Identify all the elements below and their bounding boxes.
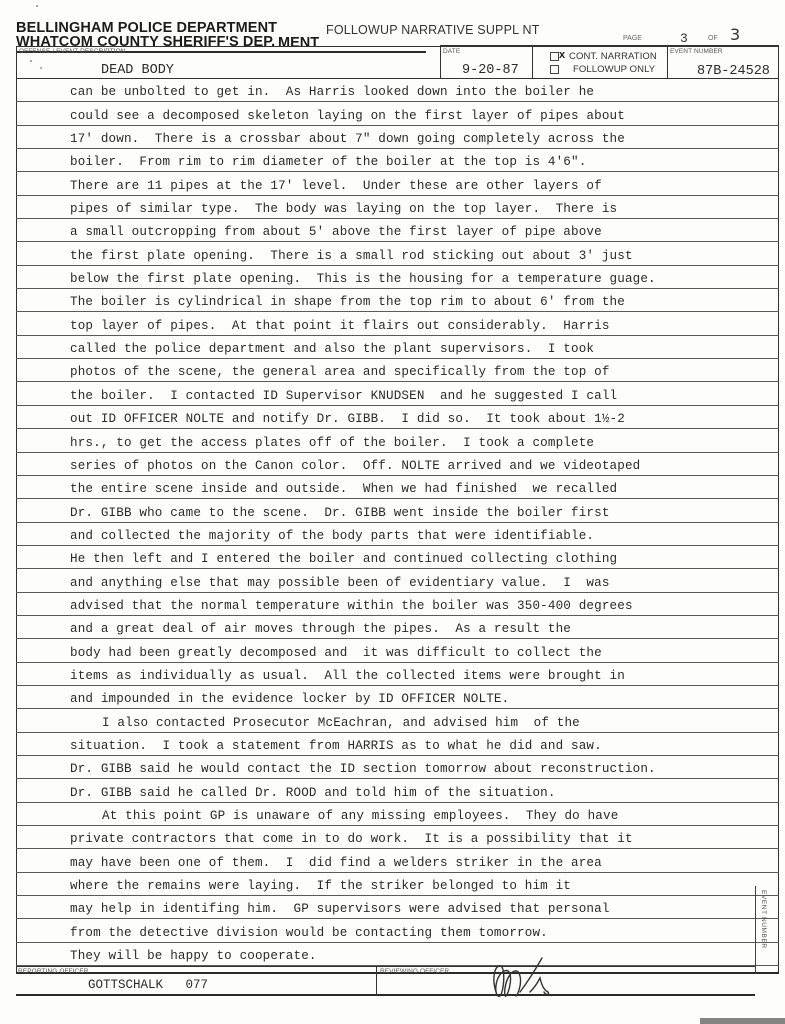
- event-number-label: EVENT NUMBER: [670, 48, 723, 55]
- narrative-line-text: where the remains were laying. If the st…: [70, 879, 571, 893]
- narrative-line-text: They will be happy to cooperate.: [70, 949, 317, 963]
- narrative-line-text: items as individually as usual. All the …: [70, 669, 625, 683]
- signature-icon: [490, 952, 560, 1000]
- of-label: OF: [708, 35, 718, 42]
- divider: [376, 966, 377, 996]
- narrative-line-text: called the police department and also th…: [70, 342, 594, 356]
- narrative-line-text: The boiler is cylindrical in shape from …: [70, 295, 625, 309]
- narrative-line-text: a small outcropping from about 5' above …: [70, 225, 602, 239]
- page-number: 3: [680, 31, 688, 46]
- narrative-line-text: can be unbolted to get in. As Harris loo…: [70, 85, 594, 99]
- narrative-line-text: situation. I took a statement from HARRI…: [70, 739, 602, 753]
- narrative-line-text: Dr. GIBB said he would contact the ID se…: [70, 762, 656, 776]
- divider: [667, 46, 668, 79]
- narrative-line-text: He then left and I entered the boiler an…: [70, 552, 617, 566]
- narrative-line: and a great deal of air moves through th…: [16, 616, 779, 639]
- narrative-line: a small outcropping from about 5' above …: [16, 219, 779, 242]
- narrative-body: can be unbolted to get in. As Harris loo…: [16, 79, 779, 966]
- narrative-line-text: I also contacted Prosecutor McEachran, a…: [102, 716, 580, 730]
- event-number-value: 87B-24528: [697, 64, 770, 79]
- narrative-line: They will be happy to cooperate.: [16, 943, 779, 966]
- narrative-line-text: top layer of pipes. At that point it fla…: [70, 319, 610, 333]
- narrative-line-text: and collected the majority of the body p…: [70, 529, 594, 543]
- divider: [440, 46, 441, 79]
- narrative-line: There are 11 pipes at the 17' level. Und…: [16, 172, 779, 195]
- narrative-line: Dr. GIBB who came to the scene. Dr. GIBB…: [16, 499, 779, 522]
- narrative-line-text: out ID OFFICER NOLTE and notify Dr. GIBB…: [70, 412, 625, 426]
- narrative-line: He then left and I entered the boiler an…: [16, 546, 779, 569]
- scan-artifact: [40, 67, 42, 69]
- narrative-line: from the detective division would be con…: [16, 919, 779, 942]
- followup-only-checkbox[interactable]: FOLLOWUP ONLY: [550, 64, 655, 75]
- narrative-line: items as individually as usual. All the …: [16, 663, 779, 686]
- narrative-line: advised that the normal temperature with…: [16, 593, 779, 616]
- narrative-line: and collected the majority of the body p…: [16, 523, 779, 546]
- narrative-line-text: the entire scene inside and outside. Whe…: [70, 482, 617, 496]
- narrative-line-text: body had been greatly decomposed and it …: [70, 646, 602, 660]
- form-title: FOLLOWUP NARRATIVE SUPPL NT: [326, 23, 540, 37]
- reviewing-officer-label: REVIEWING OFFICER: [380, 968, 449, 975]
- scan-artifact: [30, 60, 32, 62]
- narrative-line: private contractors that come in to do w…: [16, 826, 779, 849]
- narrative-line: The boiler is cylindrical in shape from …: [16, 289, 779, 312]
- check-mark-icon: x: [559, 49, 565, 61]
- narrative-line: below the first plate opening. This is t…: [16, 266, 779, 289]
- narrative-line: Dr. GIBB said he would contact the ID se…: [16, 756, 779, 779]
- narrative-line-text: could see a decomposed skeleton laying o…: [70, 109, 625, 123]
- checkbox-icon: [550, 65, 559, 74]
- narrative-line: the first plate opening. There is a smal…: [16, 242, 779, 265]
- narrative-line-text: from the detective division would be con…: [70, 926, 548, 940]
- narrative-line: may have been one of them. I did find a …: [16, 849, 779, 872]
- scan-artifact: [700, 1018, 785, 1024]
- narrative-line-text: 17' down. There is a crossbar about 7" d…: [70, 132, 625, 146]
- checkbox-icon: x: [550, 52, 559, 61]
- narrative-line-text: may help in identifing him. GP superviso…: [70, 902, 610, 916]
- narrative-line: I also contacted Prosecutor McEachran, a…: [16, 709, 779, 732]
- narrative-line: called the police department and also th…: [16, 336, 779, 359]
- narrative-line-text: the boiler. I contacted ID Supervisor KN…: [70, 389, 617, 403]
- divider: [532, 46, 533, 79]
- narrative-line: boiler. From rim to rim diameter of the …: [16, 149, 779, 172]
- narrative-line: 17' down. There is a crossbar about 7" d…: [16, 126, 779, 149]
- narrative-line-text: Dr. GIBB said he called Dr. ROOD and tol…: [70, 786, 556, 800]
- date-label: DATE: [443, 48, 460, 55]
- narrative-line: out ID OFFICER NOLTE and notify Dr. GIBB…: [16, 406, 779, 429]
- side-event-number-label: EVENT NUMBER: [760, 890, 767, 949]
- narrative-line-text: There are 11 pipes at the 17' level. Und…: [70, 179, 602, 193]
- narrative-line-text: may have been one of them. I did find a …: [70, 856, 602, 870]
- reporting-officer-value: GOTTSCHALK 077: [88, 978, 208, 992]
- narrative-supplement-form: BELLINGHAM POLICE DEPARTMENT WHATCOM COU…: [0, 0, 785, 1024]
- narrative-line-text: At this point GP is unaware of any missi…: [102, 809, 618, 823]
- narrative-line: and anything else that may possible been…: [16, 569, 779, 592]
- date-value: 9-20-87: [462, 63, 519, 78]
- narrative-line-text: and impounded in the evidence locker by …: [70, 692, 509, 706]
- narrative-line: body had been greatly decomposed and it …: [16, 639, 779, 662]
- narrative-line-text: hrs., to get the access plates off of th…: [70, 436, 594, 450]
- reporting-officer-label: REPORTING OFFICER: [18, 968, 89, 975]
- narrative-line: the boiler. I contacted ID Supervisor KN…: [16, 382, 779, 405]
- narrative-line: situation. I took a statement from HARRI…: [16, 733, 779, 756]
- narrative-line: hrs., to get the access plates off of th…: [16, 429, 779, 452]
- narrative-line-text: advised that the normal temperature with…: [70, 599, 633, 613]
- narrative-line: Dr. GIBB said he called Dr. ROOD and tol…: [16, 779, 779, 802]
- offense-value: DEAD BODY: [101, 63, 174, 78]
- page-total: 3: [730, 25, 740, 44]
- narrative-line-text: the first plate opening. There is a smal…: [70, 249, 633, 263]
- narrative-line: where the remains were laying. If the st…: [16, 873, 779, 896]
- event-number-strip: EVENT NUMBER: [755, 886, 779, 974]
- narrative-line: the entire scene inside and outside. Whe…: [16, 476, 779, 499]
- narrative-line-text: Dr. GIBB who came to the scene. Dr. GIBB…: [70, 506, 610, 520]
- narrative-line: could see a decomposed skeleton laying o…: [16, 102, 779, 125]
- narrative-line-text: below the first plate opening. This is t…: [70, 272, 656, 286]
- followup-only-label: FOLLOWUP ONLY: [573, 64, 655, 75]
- narrative-line: can be unbolted to get in. As Harris loo…: [16, 79, 779, 102]
- cont-narration-checkbox[interactable]: x CONT. NARRATION: [550, 51, 657, 62]
- narrative-line-text: pipes of similar type. The body was layi…: [70, 202, 617, 216]
- narrative-line-text: photos of the scene, the general area an…: [70, 365, 610, 379]
- narrative-line: series of photos on the Canon color. Off…: [16, 453, 779, 476]
- narrative-line: may help in identifing him. GP superviso…: [16, 896, 779, 919]
- narrative-line-text: and anything else that may possible been…: [70, 576, 610, 590]
- page-label: PAGE: [623, 35, 642, 42]
- narrative-line-text: series of photos on the Canon color. Off…: [70, 459, 640, 473]
- narrative-line: and impounded in the evidence locker by …: [16, 686, 779, 709]
- scan-artifact: [36, 5, 38, 7]
- offense-label: OFFENSE / EVENT DESCRIPTION: [19, 48, 126, 55]
- narrative-line: top layer of pipes. At that point it fla…: [16, 312, 779, 335]
- narrative-line-text: and a great deal of air moves through th…: [70, 622, 571, 636]
- narrative-line-text: private contractors that come in to do w…: [70, 832, 633, 846]
- narrative-line: photos of the scene, the general area an…: [16, 359, 779, 382]
- narrative-line-text: boiler. From rim to rim diameter of the …: [70, 155, 586, 169]
- narrative-line: At this point GP is unaware of any missi…: [16, 803, 779, 826]
- narrative-line: pipes of similar type. The body was layi…: [16, 196, 779, 219]
- cont-narration-label: CONT. NARRATION: [569, 51, 657, 62]
